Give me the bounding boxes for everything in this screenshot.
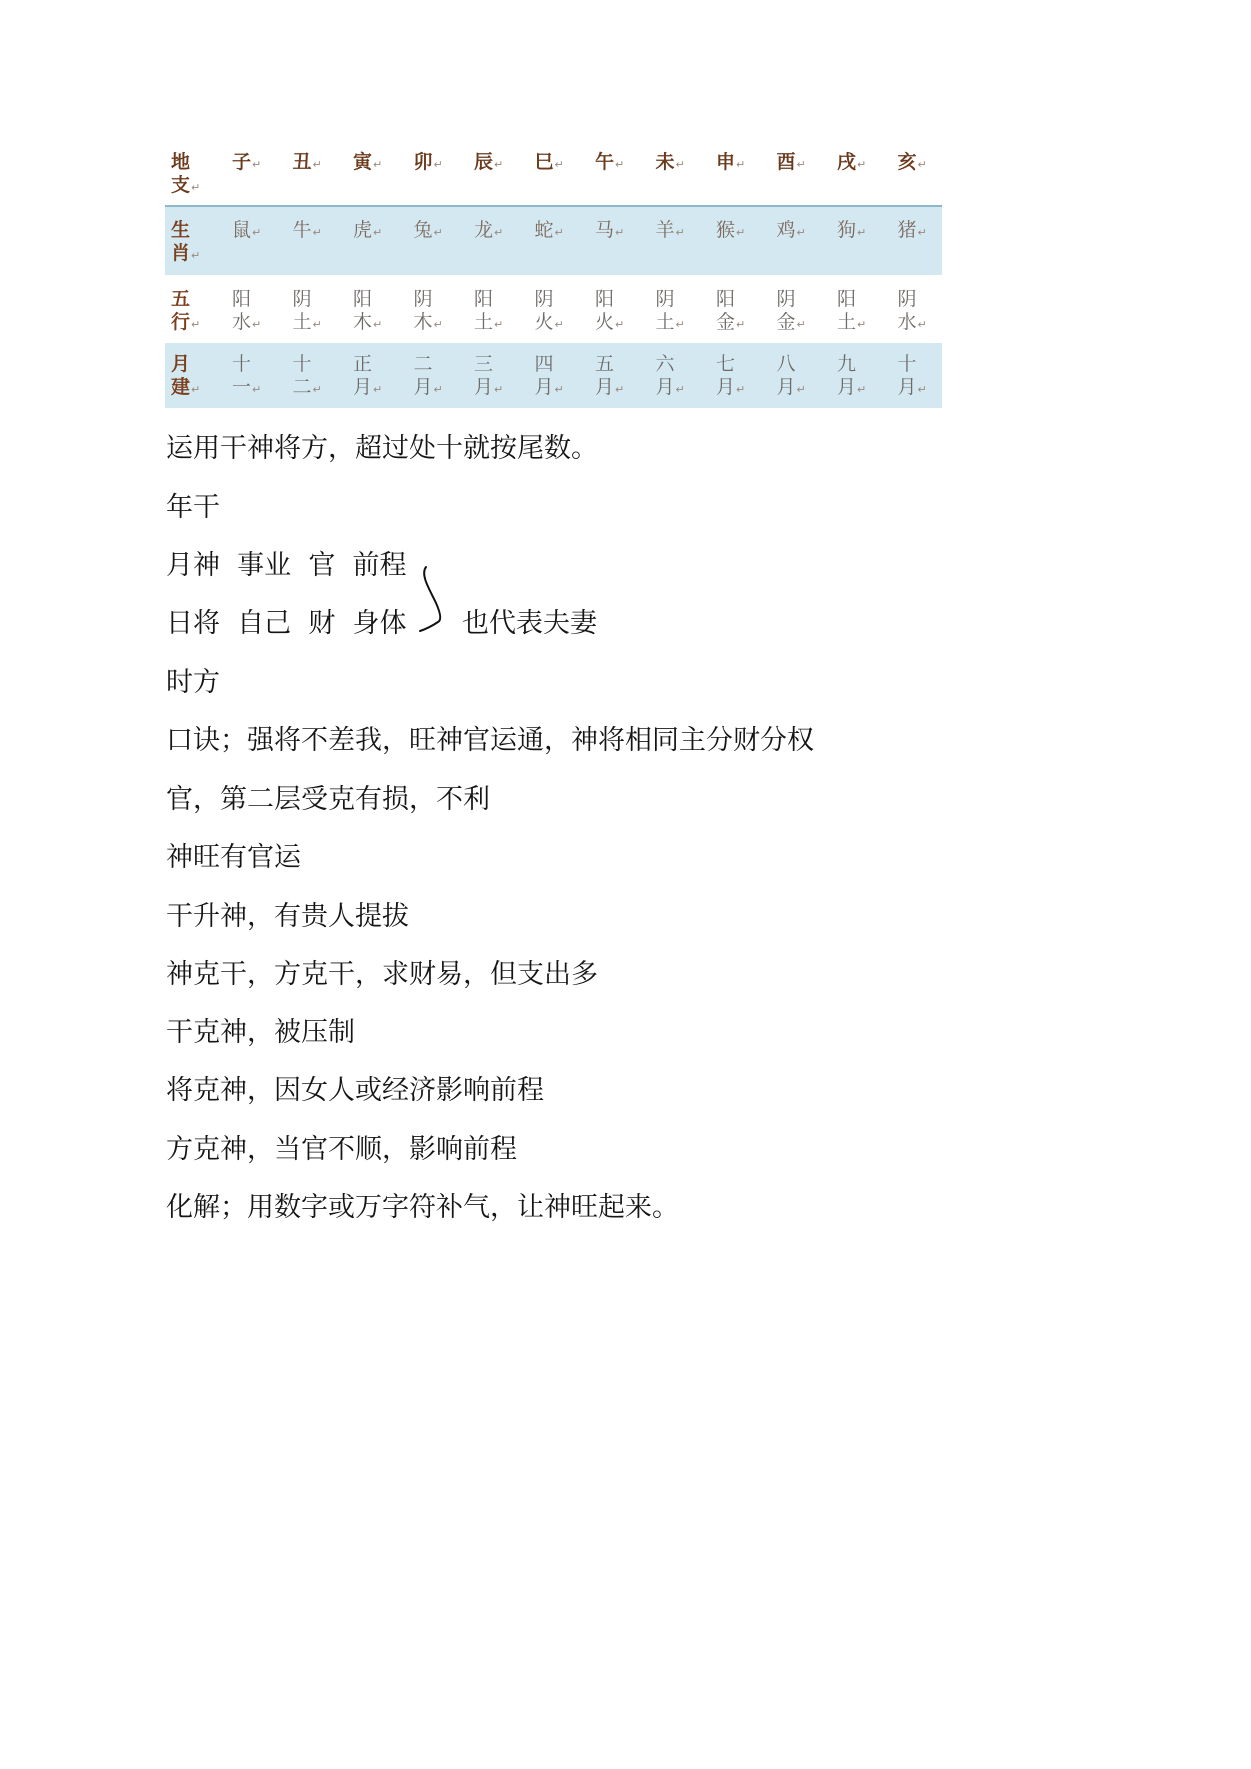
return-mark-icon: ↵	[615, 226, 624, 239]
table-cell: 阴水↵	[898, 275, 959, 343]
table-cell: 五月↵	[595, 343, 656, 408]
table-row-month: 月 建↵ 十一↵ 十二↵ 正月↵ 二月↵ 三月↵ 四月↵ 五月↵ 六月↵ 七月↵…	[165, 343, 942, 408]
table-cell: 午↵	[595, 145, 656, 205]
table-cell: 六月↵	[656, 343, 717, 408]
return-mark-icon: ↵	[434, 226, 443, 239]
table-cell: 阳金↵	[716, 275, 777, 343]
paragraph: 月神 事业 官 前程	[166, 550, 407, 582]
table-cell: 牛↵	[293, 207, 354, 275]
return-mark-icon: ↵	[615, 318, 624, 331]
row-header: 五 行↵	[165, 275, 232, 343]
return-mark-icon: ↵	[857, 318, 866, 331]
return-mark-icon: ↵	[736, 226, 745, 239]
return-mark-icon: ↵	[736, 318, 745, 331]
paragraph: 干克神，被压制	[166, 1017, 355, 1049]
earthly-branches-table: 地 支↵ 子↵ 丑↵ 寅↵ 卯↵ 辰↵ 巳↵ 午↵ 未↵ 申↵ 酉↵ 戌↵ 亥↵…	[165, 145, 942, 408]
return-mark-icon: ↵	[857, 226, 866, 239]
row-header: 月 建↵	[165, 343, 232, 408]
return-mark-icon: ↵	[918, 383, 927, 396]
return-mark-icon: ↵	[373, 226, 382, 239]
row-header: 地 支↵	[165, 145, 232, 205]
return-mark-icon: ↵	[313, 158, 322, 171]
table-cell: 阳水↵	[232, 275, 293, 343]
table-cell: 三月↵	[474, 343, 535, 408]
table-cell: 蛇↵	[535, 207, 596, 275]
return-mark-icon: ↵	[313, 383, 322, 396]
table-cell: 鼠↵	[232, 207, 293, 275]
table-cell: 阴火↵	[535, 275, 596, 343]
table-cell: 狗↵	[837, 207, 898, 275]
return-mark-icon: ↵	[252, 383, 261, 396]
paragraph: 年干	[166, 492, 220, 524]
header-line: 生	[171, 219, 232, 242]
table-cell: 未↵	[656, 145, 717, 205]
return-mark-icon: ↵	[494, 158, 503, 171]
return-mark-icon: ↵	[191, 383, 200, 396]
return-mark-icon: ↵	[373, 383, 382, 396]
return-mark-icon: ↵	[252, 226, 261, 239]
table-cell: 子↵	[232, 145, 293, 205]
paragraph: 口诀；强将不差我，旺神官运通，神将相同主分财分权	[166, 725, 814, 757]
return-mark-icon: ↵	[191, 249, 200, 262]
table-cell: 九月↵	[837, 343, 898, 408]
return-mark-icon: ↵	[191, 181, 200, 194]
table-cell: 阴金↵	[777, 275, 838, 343]
return-mark-icon: ↵	[797, 318, 806, 331]
table-cell: 辰↵	[474, 145, 535, 205]
document-page: 地 支↵ 子↵ 丑↵ 寅↵ 卯↵ 辰↵ 巳↵ 午↵ 未↵ 申↵ 酉↵ 戌↵ 亥↵…	[0, 0, 1251, 1769]
table-cell: 寅↵	[353, 145, 414, 205]
table-cell: 十二↵	[293, 343, 354, 408]
table-cell: 七月↵	[716, 343, 777, 408]
handwritten-brace-icon	[418, 565, 458, 635]
return-mark-icon: ↵	[797, 226, 806, 239]
return-mark-icon: ↵	[797, 158, 806, 171]
paragraph: 化解；用数字或万字符补气，让神旺起来。	[166, 1192, 679, 1224]
return-mark-icon: ↵	[676, 318, 685, 331]
return-mark-icon: ↵	[434, 383, 443, 396]
header-line: 五	[171, 288, 232, 311]
return-mark-icon: ↵	[313, 226, 322, 239]
return-mark-icon: ↵	[918, 226, 927, 239]
table-cell: 阳火↵	[595, 275, 656, 343]
table-cell: 兔↵	[414, 207, 475, 275]
table-cell: 卯↵	[414, 145, 475, 205]
paragraph: 运用干神将方，超过处十就按尾数。	[166, 433, 598, 465]
table-cell: 阴木↵	[414, 275, 475, 343]
table-cell: 四月↵	[535, 343, 596, 408]
table-cell: 酉↵	[777, 145, 838, 205]
return-mark-icon: ↵	[434, 158, 443, 171]
return-mark-icon: ↵	[191, 318, 200, 331]
row-header: 生 肖↵	[165, 207, 232, 275]
table-cell: 虎↵	[353, 207, 414, 275]
paragraph: 日将 自己 财 身体	[166, 608, 407, 640]
table-row-earthly-branch: 地 支↵ 子↵ 丑↵ 寅↵ 卯↵ 辰↵ 巳↵ 午↵ 未↵ 申↵ 酉↵ 戌↵ 亥↵	[165, 145, 942, 207]
return-mark-icon: ↵	[252, 158, 261, 171]
paragraph: 神旺有官运	[166, 842, 301, 874]
paragraph: 方克神，当官不顺，影响前程	[166, 1134, 517, 1166]
table-cell: 丑↵	[293, 145, 354, 205]
table-cell: 猪↵	[898, 207, 959, 275]
header-line: 地	[171, 151, 232, 174]
table-cell: 阴土↵	[656, 275, 717, 343]
return-mark-icon: ↵	[797, 383, 806, 396]
table-cell: 羊↵	[656, 207, 717, 275]
return-mark-icon: ↵	[615, 383, 624, 396]
table-cell: 亥↵	[898, 145, 959, 205]
return-mark-icon: ↵	[555, 383, 564, 396]
brace-annotation: 也代表夫妻	[462, 608, 597, 640]
return-mark-icon: ↵	[857, 383, 866, 396]
paragraph: 干升神，有贵人提拔	[166, 901, 409, 933]
table-cell: 十一↵	[232, 343, 293, 408]
table-cell: 猴↵	[716, 207, 777, 275]
paragraph: 时方	[166, 667, 220, 699]
return-mark-icon: ↵	[373, 158, 382, 171]
header-line: 肖	[171, 242, 190, 264]
return-mark-icon: ↵	[555, 158, 564, 171]
return-mark-icon: ↵	[736, 383, 745, 396]
return-mark-icon: ↵	[676, 226, 685, 239]
header-line: 月	[171, 353, 232, 376]
table-cell: 正月↵	[353, 343, 414, 408]
return-mark-icon: ↵	[555, 226, 564, 239]
return-mark-icon: ↵	[555, 318, 564, 331]
table-cell: 巳↵	[535, 145, 596, 205]
table-cell: 鸡↵	[777, 207, 838, 275]
return-mark-icon: ↵	[373, 318, 382, 331]
table-cell: 龙↵	[474, 207, 535, 275]
table-cell: 八月↵	[777, 343, 838, 408]
header-line: 行	[171, 311, 190, 333]
return-mark-icon: ↵	[615, 158, 624, 171]
table-cell: 戌↵	[837, 145, 898, 205]
table-cell: 马↵	[595, 207, 656, 275]
header-line: 建	[171, 376, 190, 398]
table-row-zodiac: 生 肖↵ 鼠↵ 牛↵ 虎↵ 兔↵ 龙↵ 蛇↵ 马↵ 羊↵ 猴↵ 鸡↵ 狗↵ 猪↵	[165, 207, 942, 275]
return-mark-icon: ↵	[676, 158, 685, 171]
table-row-five-elements: 五 行↵ 阳水↵ 阴土↵ 阳木↵ 阴木↵ 阳土↵ 阴火↵ 阳火↵ 阴土↵ 阳金↵…	[165, 275, 942, 343]
table-cell: 阴土↵	[293, 275, 354, 343]
paragraph: 官，第二层受克有损，不利	[166, 784, 490, 816]
table-cell: 申↵	[716, 145, 777, 205]
return-mark-icon: ↵	[676, 383, 685, 396]
table-cell: 二月↵	[414, 343, 475, 408]
return-mark-icon: ↵	[313, 318, 322, 331]
paragraph: 神克干，方克干，求财易，但支出多	[166, 959, 598, 991]
table-cell: 阳土↵	[474, 275, 535, 343]
table-cell: 阳土↵	[837, 275, 898, 343]
return-mark-icon: ↵	[918, 318, 927, 331]
header-line: 支	[171, 174, 190, 196]
return-mark-icon: ↵	[918, 158, 927, 171]
return-mark-icon: ↵	[494, 383, 503, 396]
table-cell: 十月↵	[898, 343, 959, 408]
paragraph: 将克神，因女人或经济影响前程	[166, 1075, 544, 1107]
return-mark-icon: ↵	[857, 158, 866, 171]
return-mark-icon: ↵	[494, 226, 503, 239]
table-cell: 阳木↵	[353, 275, 414, 343]
return-mark-icon: ↵	[494, 318, 503, 331]
return-mark-icon: ↵	[736, 158, 745, 171]
return-mark-icon: ↵	[252, 318, 261, 331]
return-mark-icon: ↵	[434, 318, 443, 331]
